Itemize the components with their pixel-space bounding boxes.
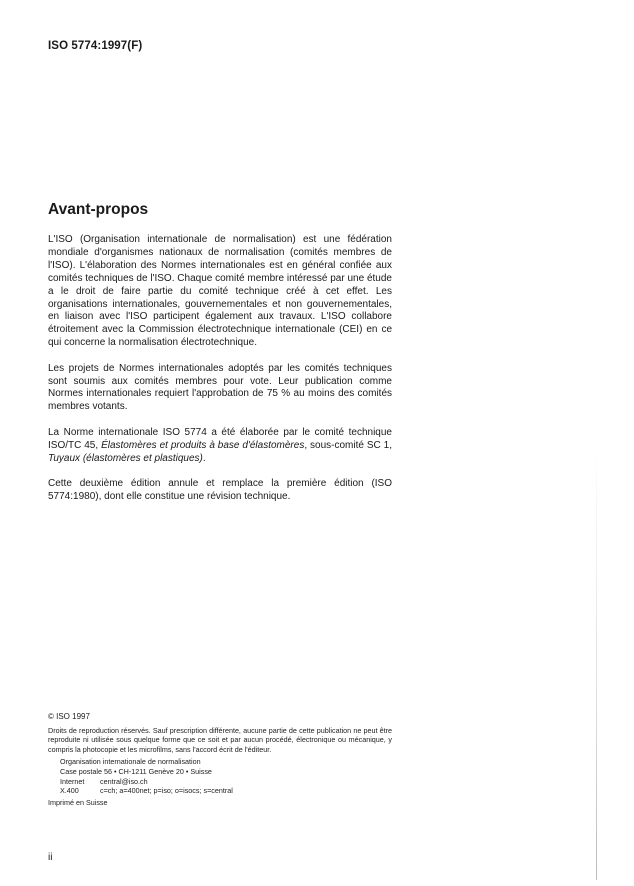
x400-row: X.400 c=ch; a=400net; p=iso; o=isocs; s=…	[60, 786, 392, 796]
document-id: ISO 5774:1997(F)	[48, 40, 142, 52]
internet-email: central@iso.ch	[100, 777, 148, 787]
organization-name: Organisation internationale de normalisa…	[60, 757, 392, 767]
subcommittee-title: Tuyaux (élastomères et plastiques)	[48, 453, 203, 464]
section-title: Avant-propos	[48, 201, 148, 219]
p3-text-c: , sous-comité SC 1,	[304, 440, 392, 451]
page-number: ii	[48, 852, 52, 863]
x400-label: X.400	[60, 786, 100, 796]
foreword-body: L'ISO (Organisation internationale de no…	[48, 234, 392, 516]
postal-address: Case postale 56 • CH-1211 Genève 20 • Su…	[60, 767, 392, 777]
paragraph-1: L'ISO (Organisation internationale de no…	[48, 234, 392, 350]
paragraph-2: Les projets de Normes internationales ad…	[48, 363, 392, 415]
internet-row: Internet central@iso.ch	[60, 777, 392, 787]
scan-artifact-line	[596, 440, 597, 880]
printed-in: Imprimé en Suisse	[48, 798, 392, 808]
x400-address: c=ch; a=400net; p=iso; o=isocs; s=centra…	[100, 786, 233, 796]
copyright-footer: © ISO 1997 Droits de reproduction réserv…	[48, 712, 392, 807]
publisher-address: Organisation internationale de normalisa…	[60, 757, 392, 795]
committee-title: Élastomères et produits à base d'élastom…	[101, 440, 304, 451]
paragraph-4: Cette deuxième édition annule et remplac…	[48, 478, 392, 504]
rights-statement: Droits de reproduction réservés. Sauf pr…	[48, 726, 392, 755]
paragraph-3: La Norme internationale ISO 5774 a été é…	[48, 427, 392, 466]
internet-label: Internet	[60, 777, 100, 787]
copyright-notice: © ISO 1997	[48, 712, 392, 722]
p3-text-e: .	[203, 453, 206, 464]
